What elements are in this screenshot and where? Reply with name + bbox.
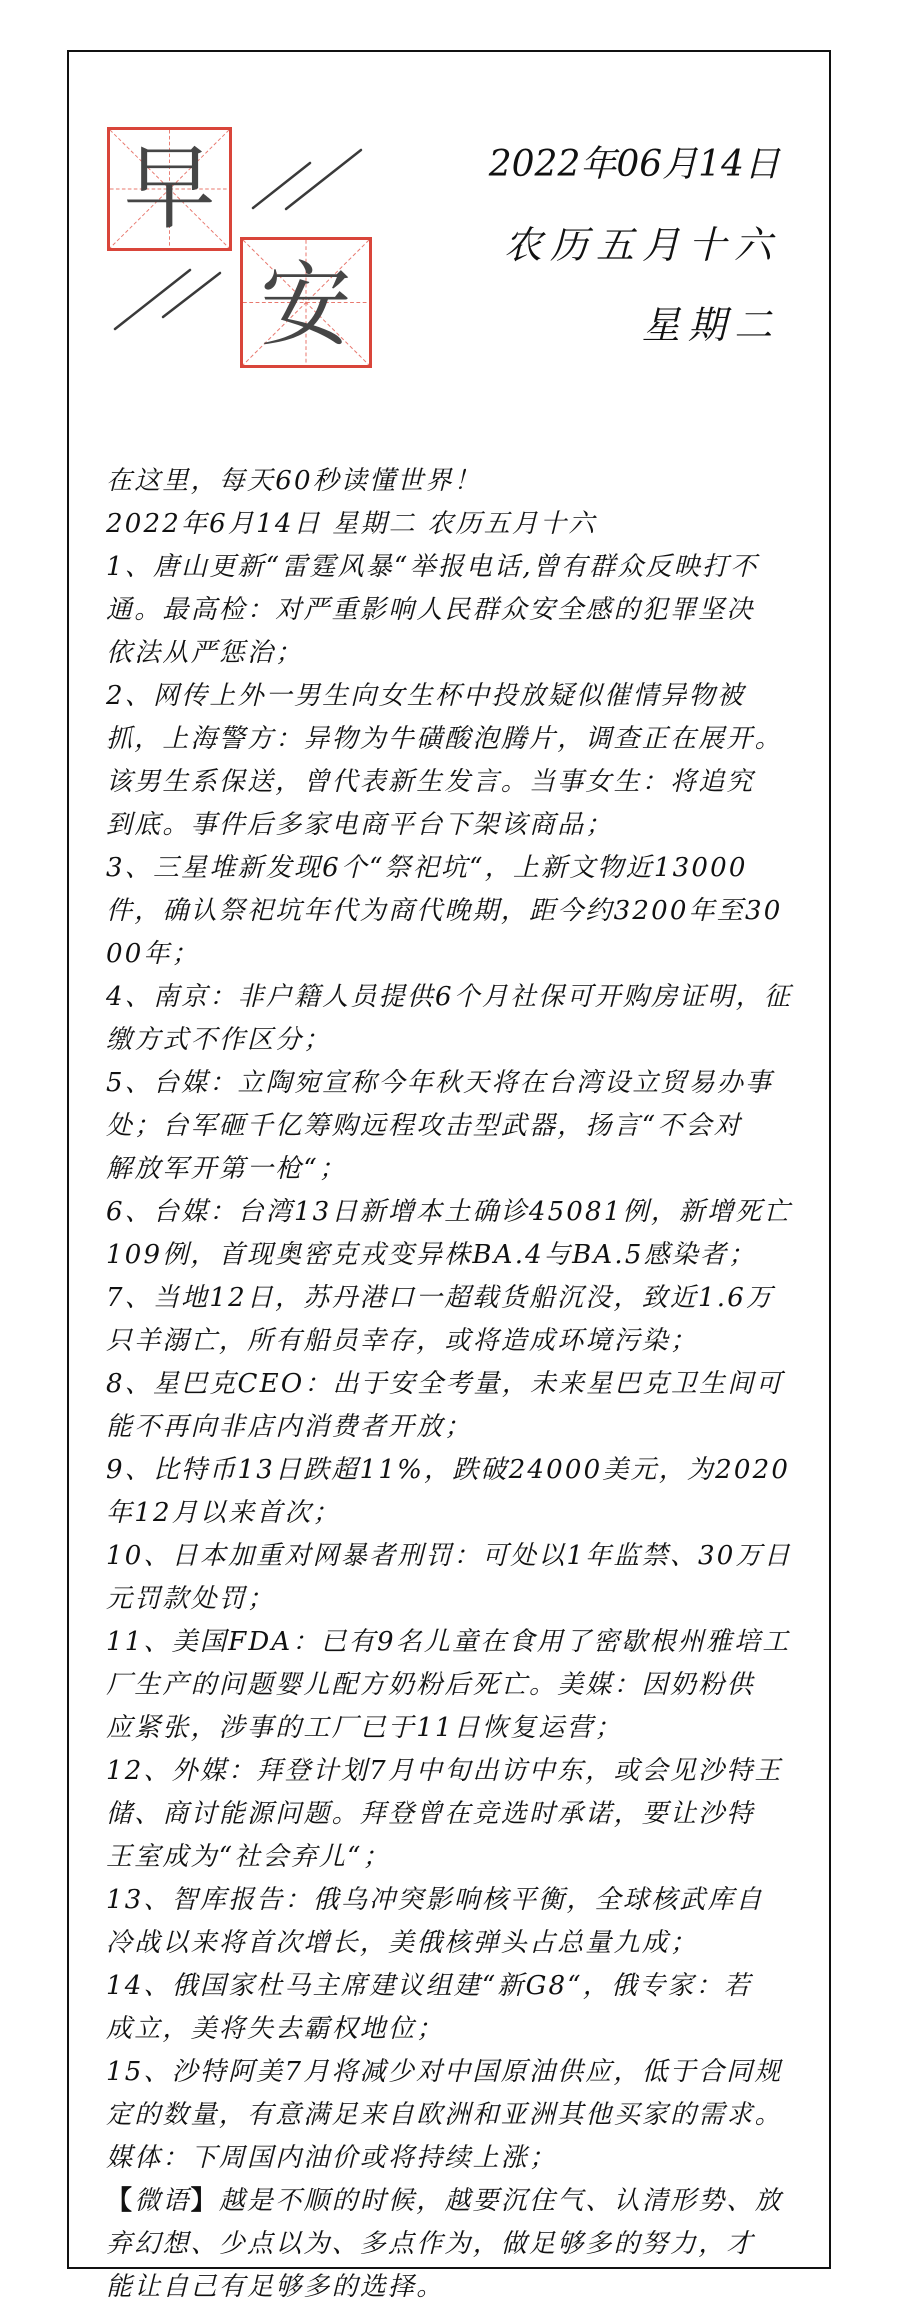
news-line: 9、比特币13日跌超11%，跌破24000美元，为2020 [106,1449,806,1492]
greeting-char-zao: 早 [110,130,229,248]
news-line: 抓，上海警方：异物为牛磺酸泡腾片，调查正在展开。 [106,718,806,761]
lunar-date: 农历五月十六 [489,218,780,298]
news-line: 解放军开第一枪“； [106,1148,806,1191]
greeting-box-an: 安 [240,237,372,368]
news-line: 1、唐山更新“雷霆风暴“举报电话,曾有群众反映打不 [106,546,806,589]
news-line: 成立，美将失去霸权地位； [106,2008,806,2051]
news-line: 5、台媒：立陶宛宣称今年秋天将在台湾设立贸易办事 [106,1062,806,1105]
news-line: 2、网传上外一男生向女生杯中投放疑似催情异物被 [106,675,806,718]
gregorian-date: 2022年06月14日 [489,138,780,218]
news-line: 依法从严惩治； [106,632,806,675]
news-line: 15、沙特阿美7月将减少对中国原油供应，低于合同规 [106,2051,806,2094]
quote-line: 弃幻想、少点以为、多点作为，做足够多的努力，才 [106,2223,806,2266]
news-body: 在这里，每天60秒读懂世界！ 2022年6月14日 星期二 农历五月十六 1、唐… [106,460,806,2309]
date-block: 2022年06月14日 农历五月十六 星期二 [489,138,780,378]
news-line: 媒体：下周国内油价或将持续上涨； [106,2137,806,2180]
news-line: 厂生产的问题婴儿配方奶粉后死亡。美媒：因奶粉供 [106,1664,806,1707]
news-line: 处；台军砸千亿筹购远程攻击型武器，扬言“不会对 [106,1105,806,1148]
news-line: 8、星巴克CEO：出于安全考量，未来星巴克卫生间可 [106,1363,806,1406]
news-line: 王室成为“社会弃儿“； [106,1836,806,1879]
news-line: 定的数量，有意满足来自欧洲和亚洲其他买家的需求。 [106,2094,806,2137]
news-line: 7、当地12日，苏丹港口一超载货船沉没，致近1.6万 [106,1277,806,1320]
news-line: 能不再向非店内消费者开放； [106,1406,806,1449]
quote-bracket-open: 【 [106,2186,134,2216]
date-summary-line: 2022年6月14日 星期二 农历五月十六 [106,503,806,546]
news-line: 储、商讨能源问题。拜登曾在竞选时承诺，要让沙特 [106,1793,806,1836]
news-line: 年12月以来首次； [106,1492,806,1535]
news-line: 14、俄国家杜马主席建议组建“新G8“，俄专家：若 [106,1965,806,2008]
news-line: 元罚款处罚； [106,1578,806,1621]
news-line: 该男生系保送，曾代表新生发言。当事女生：将追究 [106,761,806,804]
quote-label: 微语 [134,2186,190,2216]
greeting-char-an: 安 [243,240,369,365]
news-line: 10、日本加重对网暴者刑罚：可处以1年监禁、30万日 [106,1535,806,1578]
quote-bracket-close: 】 [191,2186,219,2216]
news-line: 12、外媒：拜登计划7月中旬出访中东，或会见沙特王 [106,1750,806,1793]
news-line: 109例，首现奥密克戎变异株BA.4与BA.5感染者； [106,1234,806,1277]
news-line: 通。最高检：对严重影响人民群众安全感的犯罪坚决 [106,589,806,632]
news-line: 只羊溺亡，所有船员幸存，或将造成环境污染； [106,1320,806,1363]
quote-line: 【微语】越是不顺的时候，越要沉住气、认清形势、放 [106,2180,806,2223]
news-line: 应紧张，涉事的工厂已于11日恢复运营； [106,1707,806,1750]
quote-text: 越是不顺的时候，越要沉住气、认清形势、放 [219,2186,783,2216]
greeting-box-zao: 早 [107,127,232,251]
news-line: 到底。事件后多家电商平台下架该商品； [106,804,806,847]
intro-line: 在这里，每天60秒读懂世界！ [106,460,806,503]
quote-line: 能让自己有足够多的选择。 [106,2266,806,2309]
news-line: 00年； [106,933,806,976]
news-line: 缴方式不作区分； [106,1019,806,1062]
news-line: 6、台媒：台湾13日新增本土确诊45081例，新增死亡 [106,1191,806,1234]
news-line: 件，确认祭祀坑年代为商代晚期，距今约3200年至30 [106,890,806,933]
news-line: 4、南京：非户籍人员提供6个月社保可开购房证明，征 [106,976,806,1019]
news-line: 11、美国FDA：已有9名儿童在食用了密歇根州雅培工 [106,1621,806,1664]
weekday: 星期二 [489,298,780,378]
news-line: 13、智库报告：俄乌冲突影响核平衡，全球核武库自 [106,1879,806,1922]
news-line: 冷战以来将首次增长，美俄核弹头占总量九成； [106,1922,806,1965]
news-line: 3、三星堆新发现6个“祭祀坑“，上新文物近13000 [106,847,806,890]
